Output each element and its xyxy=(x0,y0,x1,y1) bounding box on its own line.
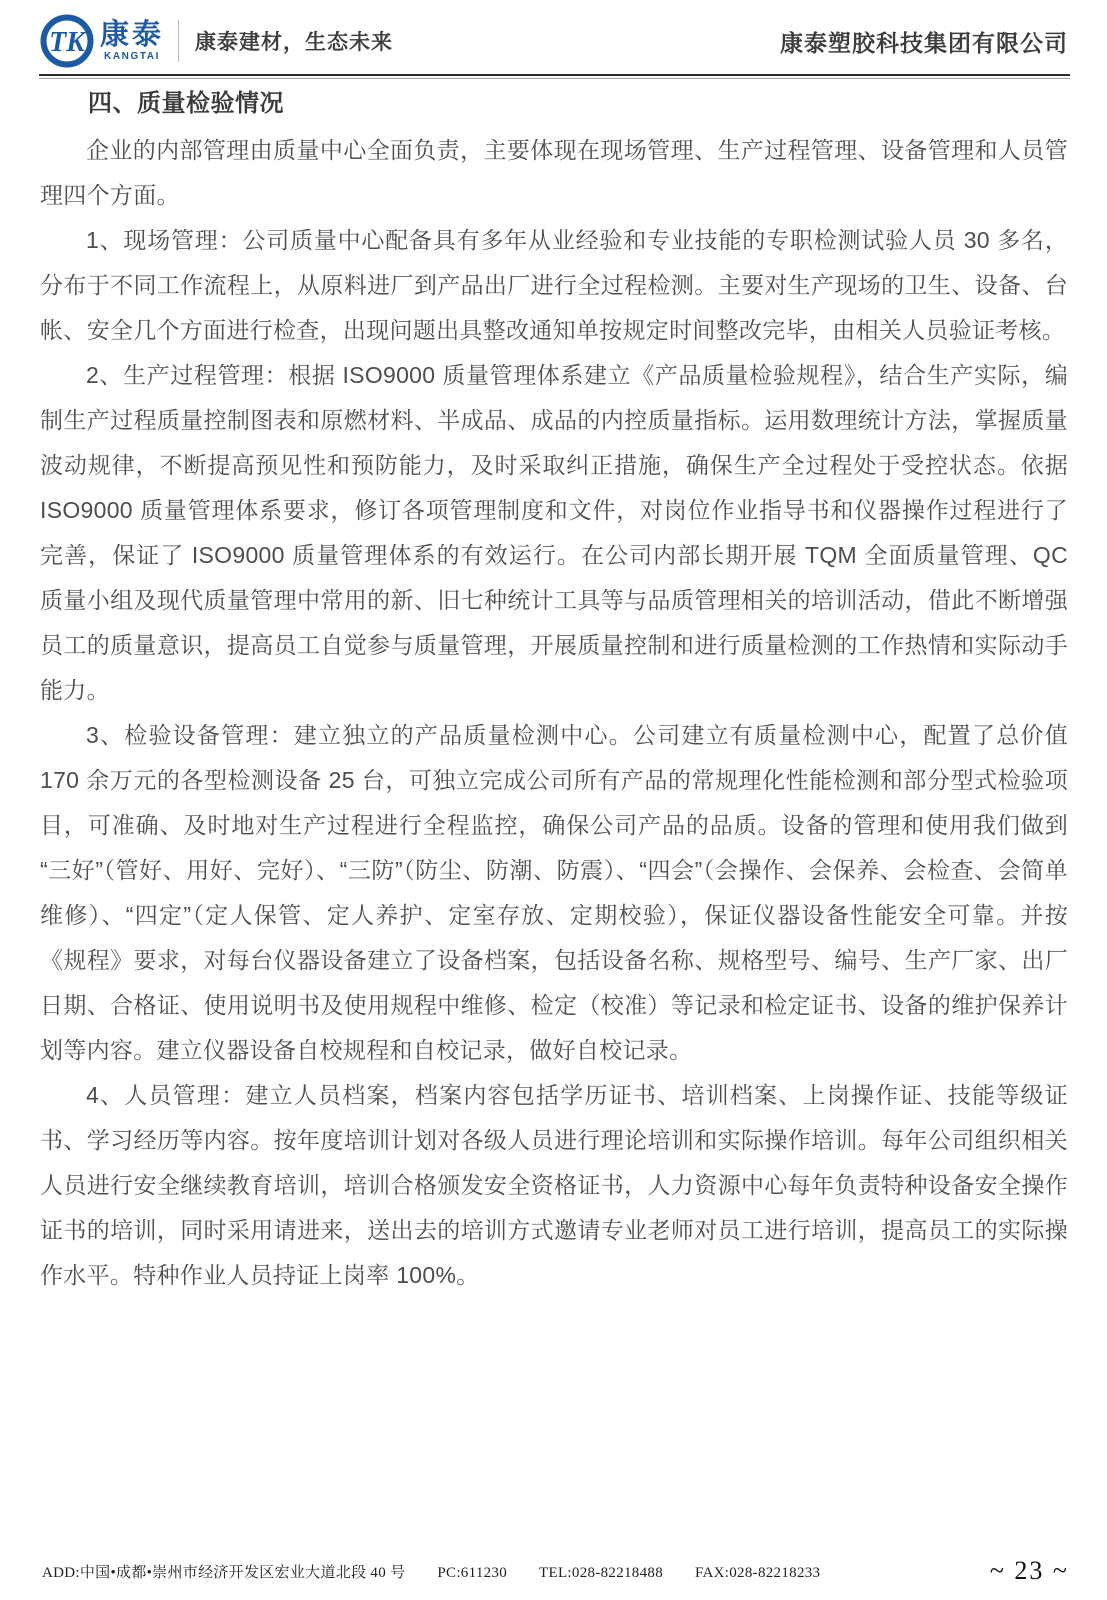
logo-wordmark: 康泰 KANGTAI xyxy=(100,21,164,62)
company-name: 康泰塑胶科技集团有限公司 xyxy=(780,25,1068,58)
paragraph: 企业的内部管理由质量中心全面负责，主要体现在现场管理、生产过程管理、设备管理和人… xyxy=(40,128,1068,218)
footer-fax: FAX:028-82218233 xyxy=(695,1565,820,1582)
footer-contact-info: ADD:中国•成都•崇州市经济开发区宏业大道北段 40 号 PC:611230 … xyxy=(42,1561,820,1582)
brand-name-cn: 康泰 xyxy=(100,21,164,50)
page-header: TK 康泰 KANGTAI 康泰建材，生态未来 康泰塑胶科技集团有限公司 xyxy=(40,12,1068,70)
document-page: TK 康泰 KANGTAI 康泰建材，生态未来 康泰塑胶科技集团有限公司 四、质… xyxy=(0,0,1107,1600)
svg-text:TK: TK xyxy=(49,27,87,58)
company-slogan: 康泰建材，生态未来 xyxy=(195,26,393,56)
header-rule xyxy=(39,74,1070,79)
section-heading: 四、质量检验情况 xyxy=(40,86,1068,122)
brand-name-en: KANGTAI xyxy=(104,52,160,62)
logo-tk-icon: TK xyxy=(40,14,94,68)
company-logo: TK 康泰 KANGTAI xyxy=(40,14,164,68)
page-footer: ADD:中国•成都•崇州市经济开发区宏业大道北段 40 号 PC:611230 … xyxy=(42,1556,1069,1586)
footer-tel: TEL:028-82218488 xyxy=(539,1565,663,1582)
header-divider xyxy=(178,20,179,62)
footer-postcode: PC:611230 xyxy=(437,1565,507,1582)
document-body: 四、质量检验情况 企业的内部管理由质量中心全面负责，主要体现在现场管理、生产过程… xyxy=(40,84,1068,1298)
footer-address: ADD:中国•成都•崇州市经济开发区宏业大道北段 40 号 xyxy=(42,1561,405,1582)
paragraph: 2、生产过程管理：根据 ISO9000 质量管理体系建立《产品质量检验规程》，结… xyxy=(40,353,1068,713)
paragraph: 1、现场管理：公司质量中心配备具有多年从业经验和专业技能的专职检测试验人员 30… xyxy=(40,218,1068,353)
paragraph: 3、检验设备管理：建立独立的产品质量检测中心。公司建立有质量检测中心，配置了总价… xyxy=(40,713,1068,1073)
paragraph: 4、人员管理：建立人员档案，档案内容包括学历证书、培训档案、上岗操作证、技能等级… xyxy=(40,1073,1068,1298)
paragraph-list: 企业的内部管理由质量中心全面负责，主要体现在现场管理、生产过程管理、设备管理和人… xyxy=(40,128,1068,1298)
page-number: ~ 23 ~ xyxy=(990,1556,1069,1586)
